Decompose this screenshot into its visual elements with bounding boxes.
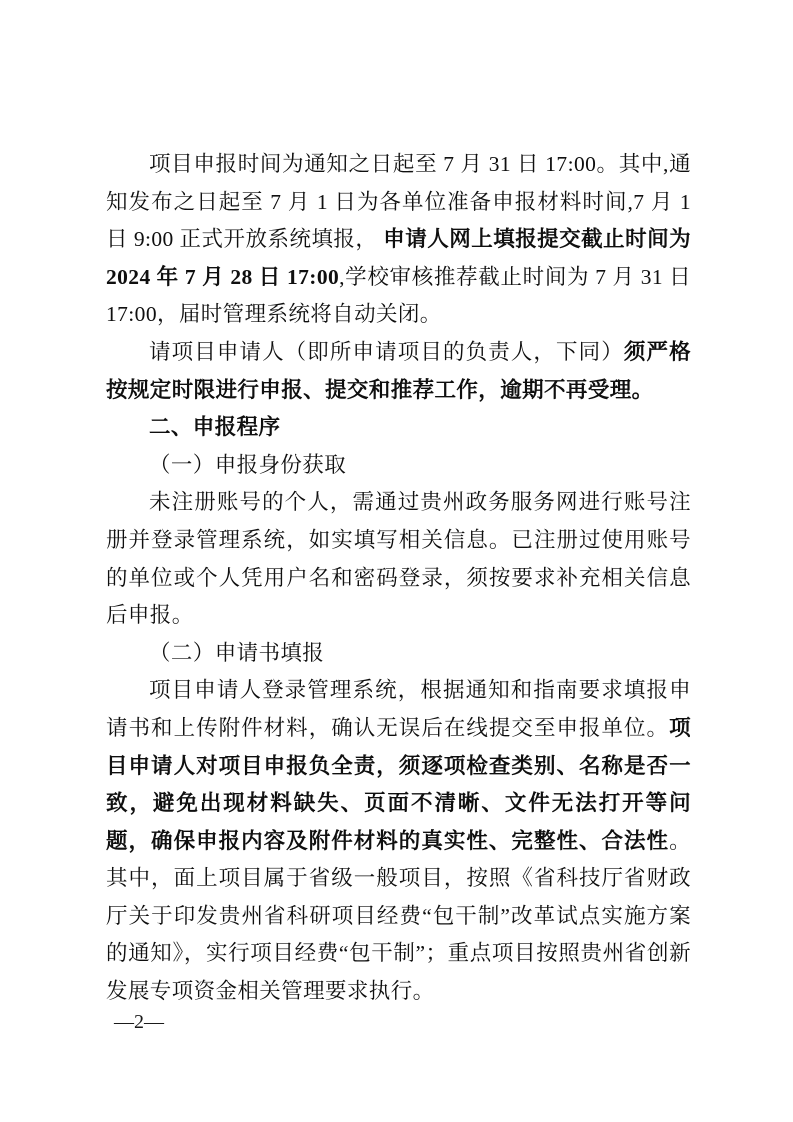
para-deadline-overview: 项目申报时间为通知之日起至 7 月 31 日 17:00。其中,通知发布之日起至… <box>106 146 691 334</box>
text-segment: 未注册账号的个人，需通过贵州政务服务网进行账号注册并登录管理系统，如实填写相关信… <box>106 490 691 627</box>
para-application-filling: 项目申请人登录管理系统，根据通知和指南要求填报申请书和上传附件材料，确认无误后在… <box>106 672 691 1010</box>
text-segment: 。其中，面上项目属于省级一般项目，按照《省科技厅省财政厅关于印发贵州省科研项目经… <box>106 829 691 1003</box>
text-segment: 请项目申请人（即所申请项目的负责人，下同） <box>149 340 624 364</box>
text-segment: （一）申报身份获取 <box>149 453 346 477</box>
page-number: —2— <box>114 1008 164 1036</box>
heading-subsection-1: （一）申报身份获取 <box>106 447 691 485</box>
text-segment: 项目申请人登录管理系统，根据通知和指南要求填报申请书和上传附件材料，确认无误后在… <box>106 678 691 740</box>
document-body: 项目申报时间为通知之日起至 7 月 31 日 17:00。其中,通知发布之日起至… <box>106 146 691 1011</box>
para-strict-deadline: 请项目申请人（即所申请项目的负责人，下同）须严格按规定时限进行申报、提交和推荐工… <box>106 334 691 409</box>
heading-subsection-2: （二）申请书填报 <box>106 635 691 673</box>
heading-section-2: 二、申报程序 <box>106 409 691 447</box>
para-account-registration: 未注册账号的个人，需通过贵州政务服务网进行账号注册并登录管理系统，如实填写相关信… <box>106 484 691 634</box>
document-page: 项目申报时间为通知之日起至 7 月 31 日 17:00。其中,通知发布之日起至… <box>0 0 793 1122</box>
text-segment: 二、申报程序 <box>149 415 280 439</box>
text-segment: （二）申请书填报 <box>149 641 324 665</box>
